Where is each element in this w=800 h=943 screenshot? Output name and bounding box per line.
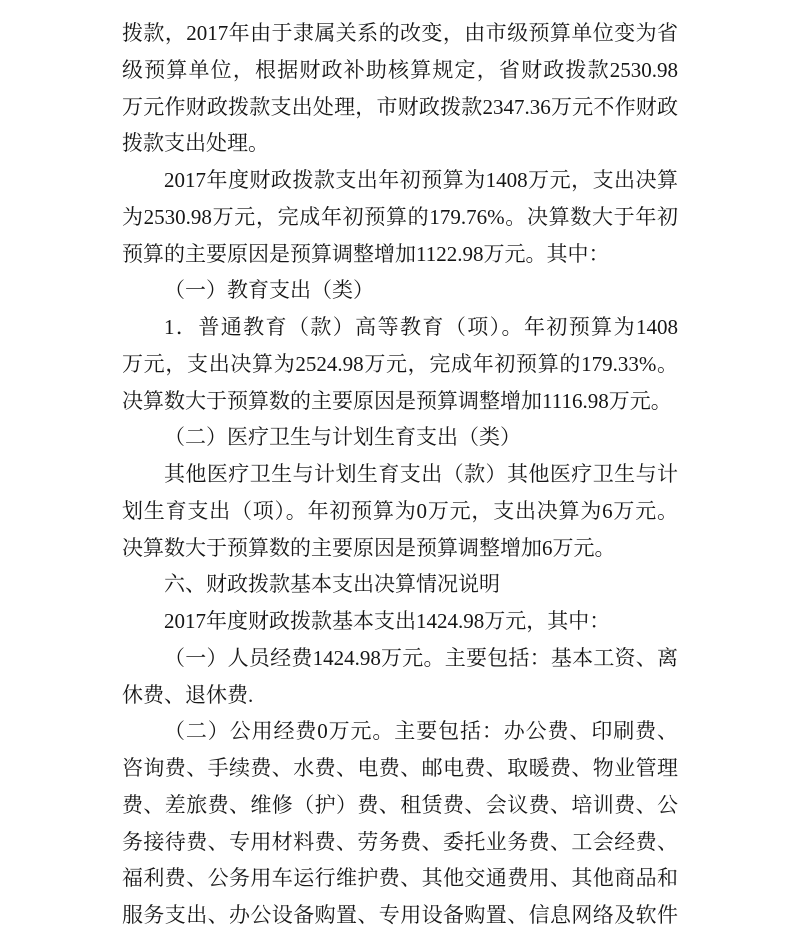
heading-health-family-planning-expenditure: （二）医疗卫生与计划生育支出（类） <box>122 419 678 456</box>
paragraph-basic-expenditure-total: 2017年度财政拨款基本支出1424.98万元，其中： <box>122 603 678 640</box>
text-line: 六、财政拨款基本支出决算情况说明 <box>122 566 678 603</box>
text-line: 2017年度财政拨款支出年初预算为1408万元，支出决算 <box>122 162 678 199</box>
paragraph-general-education: 1．普通教育（款）高等教育（项）。年初预算为1408万元，支出决算为2524.9… <box>122 309 678 419</box>
text-line: 拨款，2017年由于隶属关系的改变，由市级预算单位变为省 <box>122 15 678 52</box>
text-line: （一）人员经费1424.98万元。主要包括：基本工资、离 <box>122 640 678 677</box>
text-line: 万元作财政拨款支出处理，市财政拨款2347.36万元不作财政 <box>122 89 678 126</box>
paragraph-expenditure-overview: 2017年度财政拨款支出年初预算为1408万元，支出决算为2530.98万元，完… <box>122 162 678 272</box>
document-page: 拨款，2017年由于隶属关系的改变，由市级预算单位变为省级预算单位，根据财政补助… <box>0 0 800 943</box>
paragraph-appropriation-continued: 拨款，2017年由于隶属关系的改变，由市级预算单位变为省级预算单位，根据财政补助… <box>122 15 678 162</box>
text-line: 休费、退休费. <box>122 677 678 714</box>
text-line: 2017年度财政拨款基本支出1424.98万元，其中： <box>122 603 678 640</box>
text-line: （二）公用经费0万元。主要包括：办公费、印刷费、 <box>122 713 678 750</box>
text-line: 咨询费、手续费、水费、电费、邮电费、取暖费、物业管理 <box>122 750 678 787</box>
paragraph-personnel-funds: （一）人员经费1424.98万元。主要包括：基本工资、离休费、退休费. <box>122 640 678 714</box>
text-line: 为2530.98万元，完成年初预算的179.76%。决算数大于年初 <box>122 199 678 236</box>
text-line: 其他医疗卫生与计划生育支出（款）其他医疗卫生与计 <box>122 456 678 493</box>
text-line: 决算数大于预算数的主要原因是预算调整增加1116.98万元。 <box>122 383 678 420</box>
paragraph-other-health-family-planning: 其他医疗卫生与计划生育支出（款）其他医疗卫生与计划生育支出（项）。年初预算为0万… <box>122 456 678 566</box>
paragraph-public-funds: （二）公用经费0万元。主要包括：办公费、印刷费、咨询费、手续费、水费、电费、邮电… <box>122 713 678 934</box>
text-line: 万元，支出决算为2524.98万元，完成年初预算的179.33%。 <box>122 346 678 383</box>
document-body: 拨款，2017年由于隶属关系的改变，由市级预算单位变为省级预算单位，根据财政补助… <box>122 15 678 934</box>
text-line: 决算数大于预算数的主要原因是预算调整增加6万元。 <box>122 530 678 567</box>
text-line: 福利费、公务用车运行维护费、其他交通费用、其他商品和 <box>122 860 678 897</box>
text-line: 务接待费、专用材料费、劳务费、委托业务费、工会经费、 <box>122 824 678 861</box>
heading-section-six-basic-expenditure: 六、财政拨款基本支出决算情况说明 <box>122 566 678 603</box>
text-line: 划生育支出（项）。年初预算为0万元，支出决算为6万元。 <box>122 493 678 530</box>
text-line: （二）医疗卫生与计划生育支出（类） <box>122 419 678 456</box>
text-line: （一）教育支出（类） <box>122 272 678 309</box>
text-line: 1．普通教育（款）高等教育（项）。年初预算为1408 <box>122 309 678 346</box>
text-line: 费、差旅费、维修（护）费、租赁费、会议费、培训费、公 <box>122 787 678 824</box>
text-line: 服务支出、办公设备购置、专用设备购置、信息网络及软件 <box>122 897 678 934</box>
text-line: 拨款支出处理。 <box>122 125 678 162</box>
heading-education-expenditure: （一）教育支出（类） <box>122 272 678 309</box>
text-line: 预算的主要原因是预算调整增加1122.98万元。其中： <box>122 236 678 273</box>
text-line: 级预算单位，根据财政补助核算规定，省财政拨款2530.98 <box>122 52 678 89</box>
